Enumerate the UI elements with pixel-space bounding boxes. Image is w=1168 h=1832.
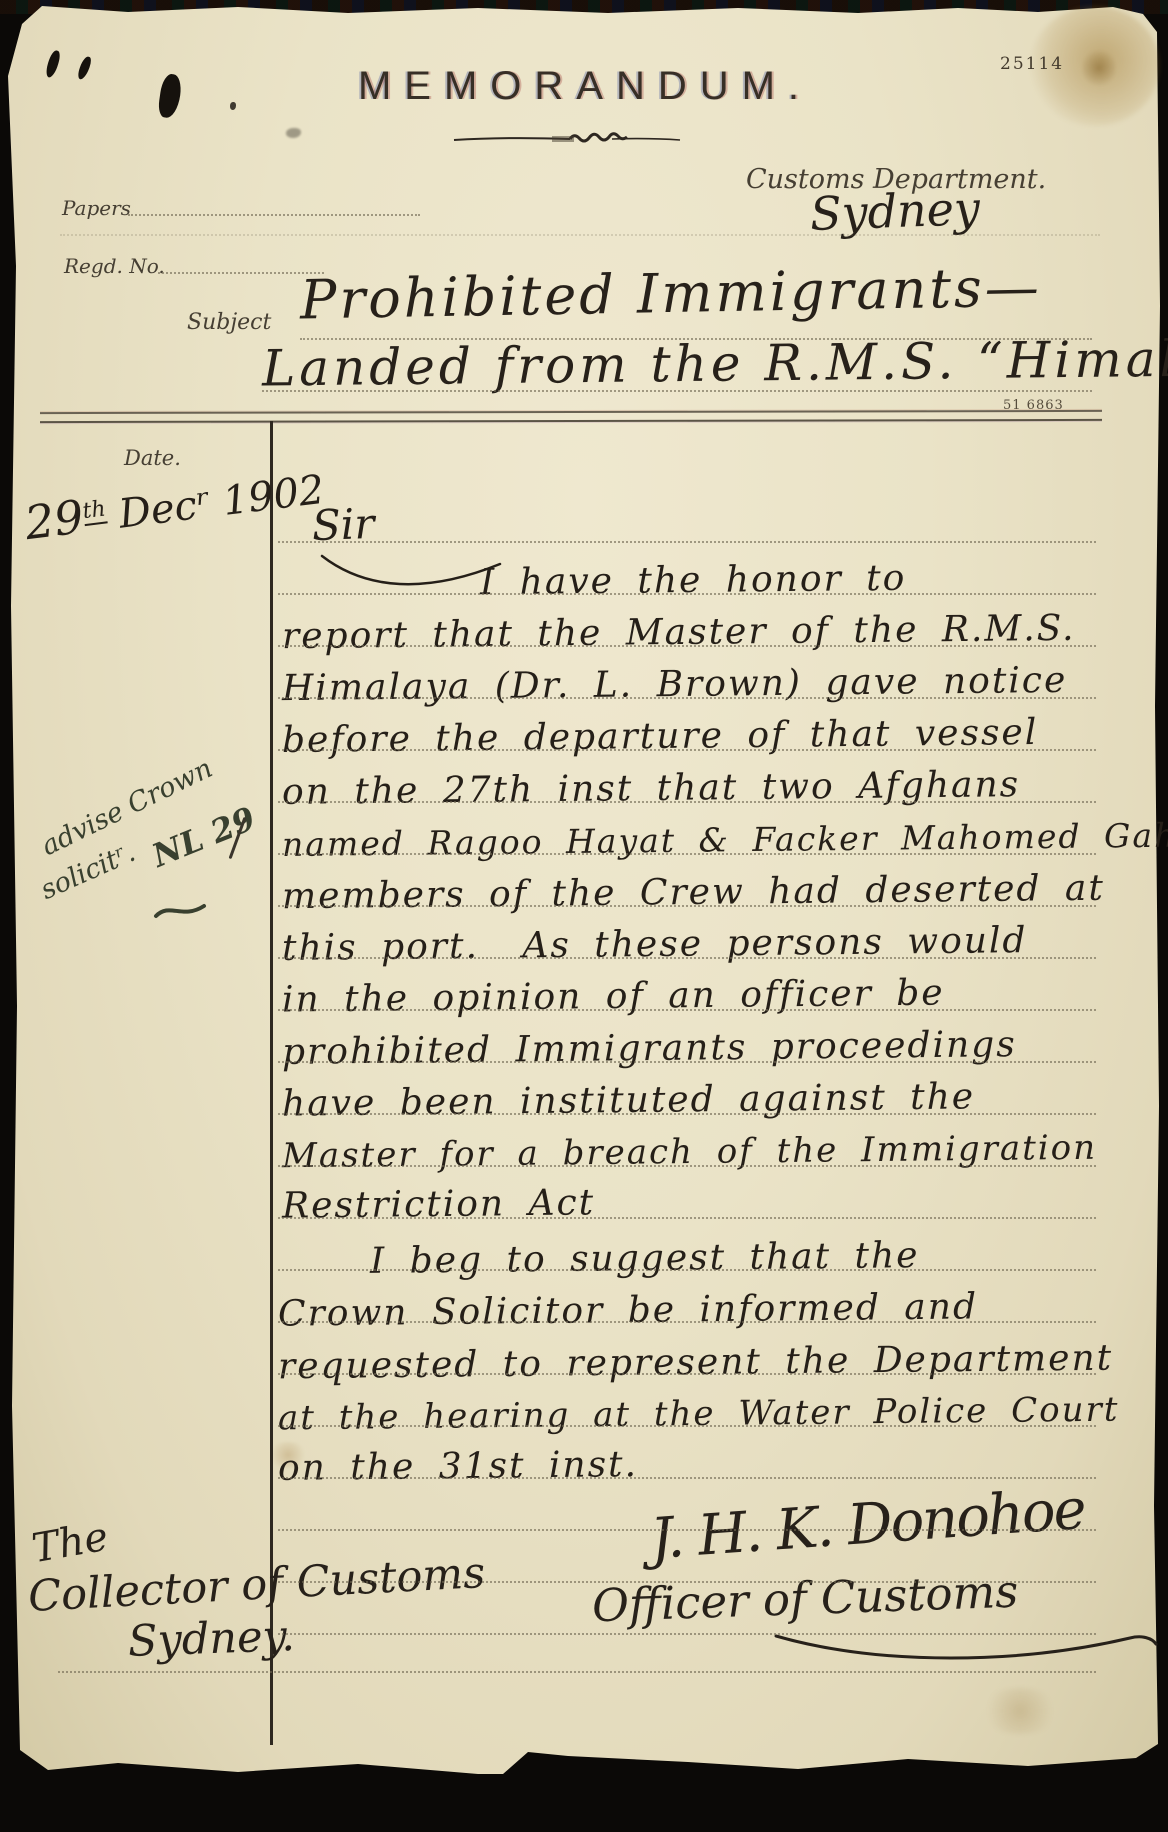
ruled-line	[278, 1165, 1096, 1167]
addressee-line3: Sydney.	[127, 1611, 295, 1667]
ruled-line	[278, 853, 1096, 855]
salutation-flourish	[316, 548, 506, 598]
body-line: Himalaya (Dr. L. Brown) gave notice	[282, 660, 1068, 709]
date-label: Date.	[124, 446, 181, 470]
faint-ruled-line	[60, 234, 1100, 236]
papers-label: Papers	[62, 196, 131, 220]
body-line: Master for a breach of the Immigration	[282, 1128, 1097, 1177]
paper-stain	[980, 1688, 1060, 1734]
ruled-line	[278, 1321, 1096, 1323]
ruled-line	[278, 905, 1096, 907]
subject-label: Subject	[187, 310, 271, 335]
ruled-line	[278, 1633, 1096, 1635]
ruled-line	[278, 957, 1096, 959]
ruled-line	[278, 1425, 1096, 1427]
body-line: on the 31st inst.	[278, 1444, 638, 1489]
body-line: prohibited Immigrants proceedings	[282, 1024, 1017, 1073]
body-line: this port. As these persons would	[282, 920, 1028, 969]
ruled-line	[278, 593, 1096, 595]
body-line: Crown Solicitor be informed and	[278, 1286, 978, 1334]
subject-ruled-line2	[262, 390, 1092, 392]
ruled-line	[278, 1009, 1096, 1011]
body-line: on the 27th inst that two Afghans	[282, 764, 1021, 813]
ruled-line	[278, 1477, 1096, 1479]
double-rule	[40, 410, 1102, 423]
city-handwritten: Sydney	[809, 181, 981, 241]
ruled-line	[278, 1373, 1096, 1375]
signature-flourish	[770, 1622, 1160, 1670]
ruled-line	[278, 1529, 1096, 1531]
ruled-line	[278, 749, 1096, 751]
ruled-line	[278, 541, 1096, 543]
margin-vertical-rule	[270, 421, 273, 1745]
ruled-line	[278, 1061, 1096, 1063]
body-line: I beg to suggest that the	[370, 1235, 920, 1282]
ruled-line	[278, 1113, 1096, 1115]
papers-ruled-line	[128, 214, 420, 216]
body-line: members of the Crew had deserted at	[282, 868, 1105, 918]
body-line: I have the honor to	[480, 558, 907, 603]
subject-line1: Prohibited Immigrants—	[300, 256, 1043, 332]
date-day: 29	[22, 489, 87, 550]
subject-line2: Landed from the R.M.S. “Himalaya”	[262, 329, 1168, 398]
margin-note-flourish	[152, 898, 212, 924]
body-line: in the opinion of an officer be	[282, 973, 945, 1021]
ruled-line	[58, 1671, 1096, 1673]
body-line: requested to represent the Department	[278, 1338, 1114, 1388]
ruled-line	[278, 697, 1096, 699]
stamp-number: 25114	[1000, 54, 1064, 74]
body-line: Restriction Act	[282, 1182, 596, 1226]
body-line: have been instituted against the	[282, 1076, 976, 1124]
regd-no-label: Regd. No.	[64, 254, 165, 278]
document-scan: MEMORANDUM. 25114 Customs Department. Sy…	[0, 0, 1168, 1832]
ruled-line	[278, 1217, 1096, 1219]
body-line: before the departure of that vessel	[282, 712, 1039, 761]
memo-title: MEMORANDUM.	[330, 64, 840, 109]
body-line: report that the Master of the R.M.S.	[282, 608, 1076, 657]
ornament-divider	[452, 128, 682, 150]
ruled-line	[278, 801, 1096, 803]
date-ordinal: th	[81, 496, 107, 526]
paper-stain	[1082, 48, 1116, 88]
ruled-line	[278, 1269, 1096, 1271]
ruled-line	[278, 645, 1096, 647]
ruled-line	[278, 1581, 1096, 1583]
